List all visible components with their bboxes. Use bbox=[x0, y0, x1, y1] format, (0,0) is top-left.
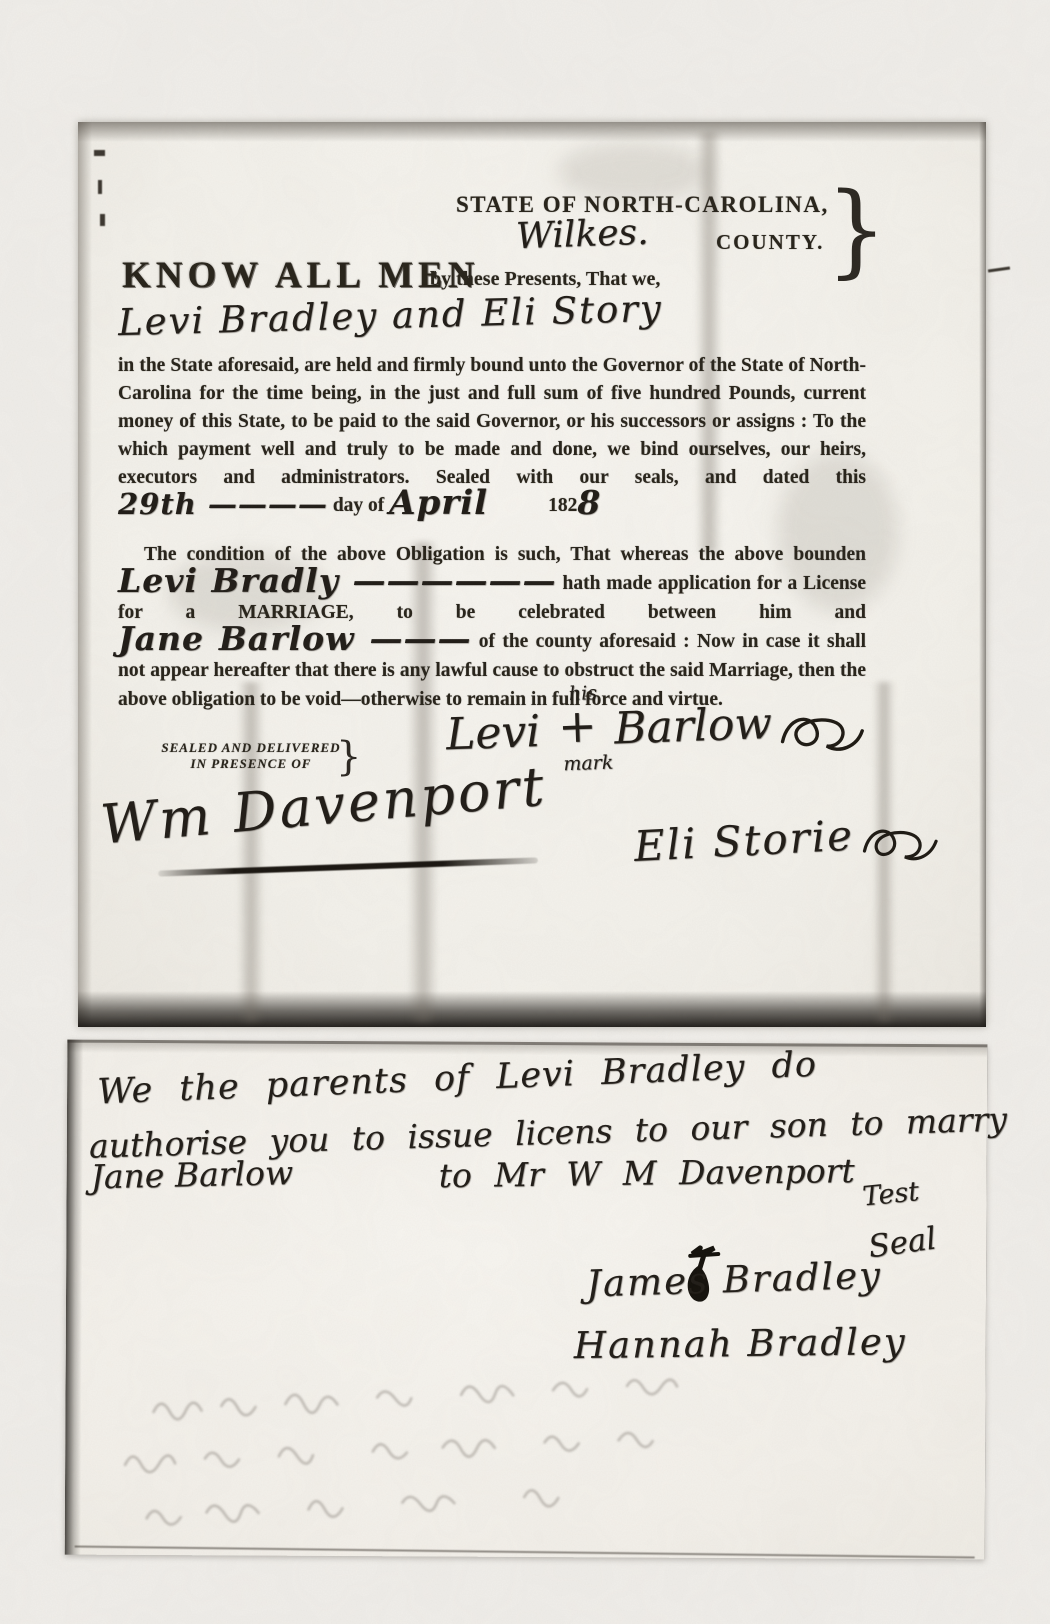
seal-scribble-icon bbox=[775, 705, 869, 760]
consent-line-3-addressee: to Mr W M Davenport bbox=[438, 1151, 854, 1195]
principal-last-name: Barlow bbox=[613, 698, 773, 754]
year-digit-handwritten: 8 bbox=[577, 483, 601, 522]
county-label: COUNTY. bbox=[716, 230, 824, 255]
consent-note-paper: We the parents of Levi Bradley do author… bbox=[65, 1040, 988, 1560]
paper-bottom-edge bbox=[75, 1545, 975, 1558]
consent-test-word: Test bbox=[861, 1176, 920, 1212]
year-printed: 182 bbox=[548, 495, 577, 516]
mark-word: mark bbox=[563, 752, 614, 776]
signature-flourish-line bbox=[158, 857, 538, 876]
bleed-through-writing bbox=[95, 1373, 956, 1548]
seal-scribble-icon bbox=[857, 817, 943, 869]
principal-first-name: Levi bbox=[445, 706, 541, 760]
consent-line-3-bride: Jane Barlow bbox=[90, 1153, 293, 1196]
fold-crease bbox=[238, 682, 264, 1022]
bond-day-handwritten: 29th ———— bbox=[118, 487, 328, 521]
consent-signature-2: Hannah Bradley bbox=[574, 1320, 907, 1367]
obligation-text-2: day of bbox=[328, 495, 389, 516]
obligation-paragraph: in the State aforesaid, are held and fir… bbox=[118, 352, 866, 520]
bond-month-handwritten: April bbox=[389, 483, 488, 523]
county-name-handwritten: Wilkes. bbox=[515, 212, 649, 258]
edge-mark bbox=[100, 214, 105, 226]
know-all-men-heading: KNOW ALL MEN bbox=[122, 254, 479, 297]
consent-line-1: We the parents of Levi Bradley do bbox=[97, 1045, 818, 1113]
marriage-bond-paper: STATE OF NORTH-CAROLINA, Wilkes. COUNTY.… bbox=[78, 122, 986, 1027]
obligation-text-1: in the State aforesaid, are held and fir… bbox=[118, 355, 866, 488]
consent-signature-1: James Bradley bbox=[586, 1254, 883, 1306]
header-brace: } bbox=[826, 171, 887, 289]
mark-cross-glyph: + bbox=[557, 698, 597, 753]
edge-mark bbox=[98, 180, 102, 194]
photographed-document: STATE OF NORTH-CAROLINA, Wilkes. COUNTY.… bbox=[0, 0, 1050, 1624]
edge-mark bbox=[988, 266, 1010, 272]
groom-name-handwritten: Levi Bradly —————— bbox=[118, 561, 557, 600]
surety-signature: Eli Storie bbox=[633, 806, 944, 881]
bride-name-handwritten: Jane Barlow ——— bbox=[118, 619, 471, 658]
edge-mark bbox=[94, 150, 105, 156]
his-mark-cross: his + mark bbox=[543, 690, 612, 772]
surety-name: Eli Storie bbox=[633, 811, 855, 871]
